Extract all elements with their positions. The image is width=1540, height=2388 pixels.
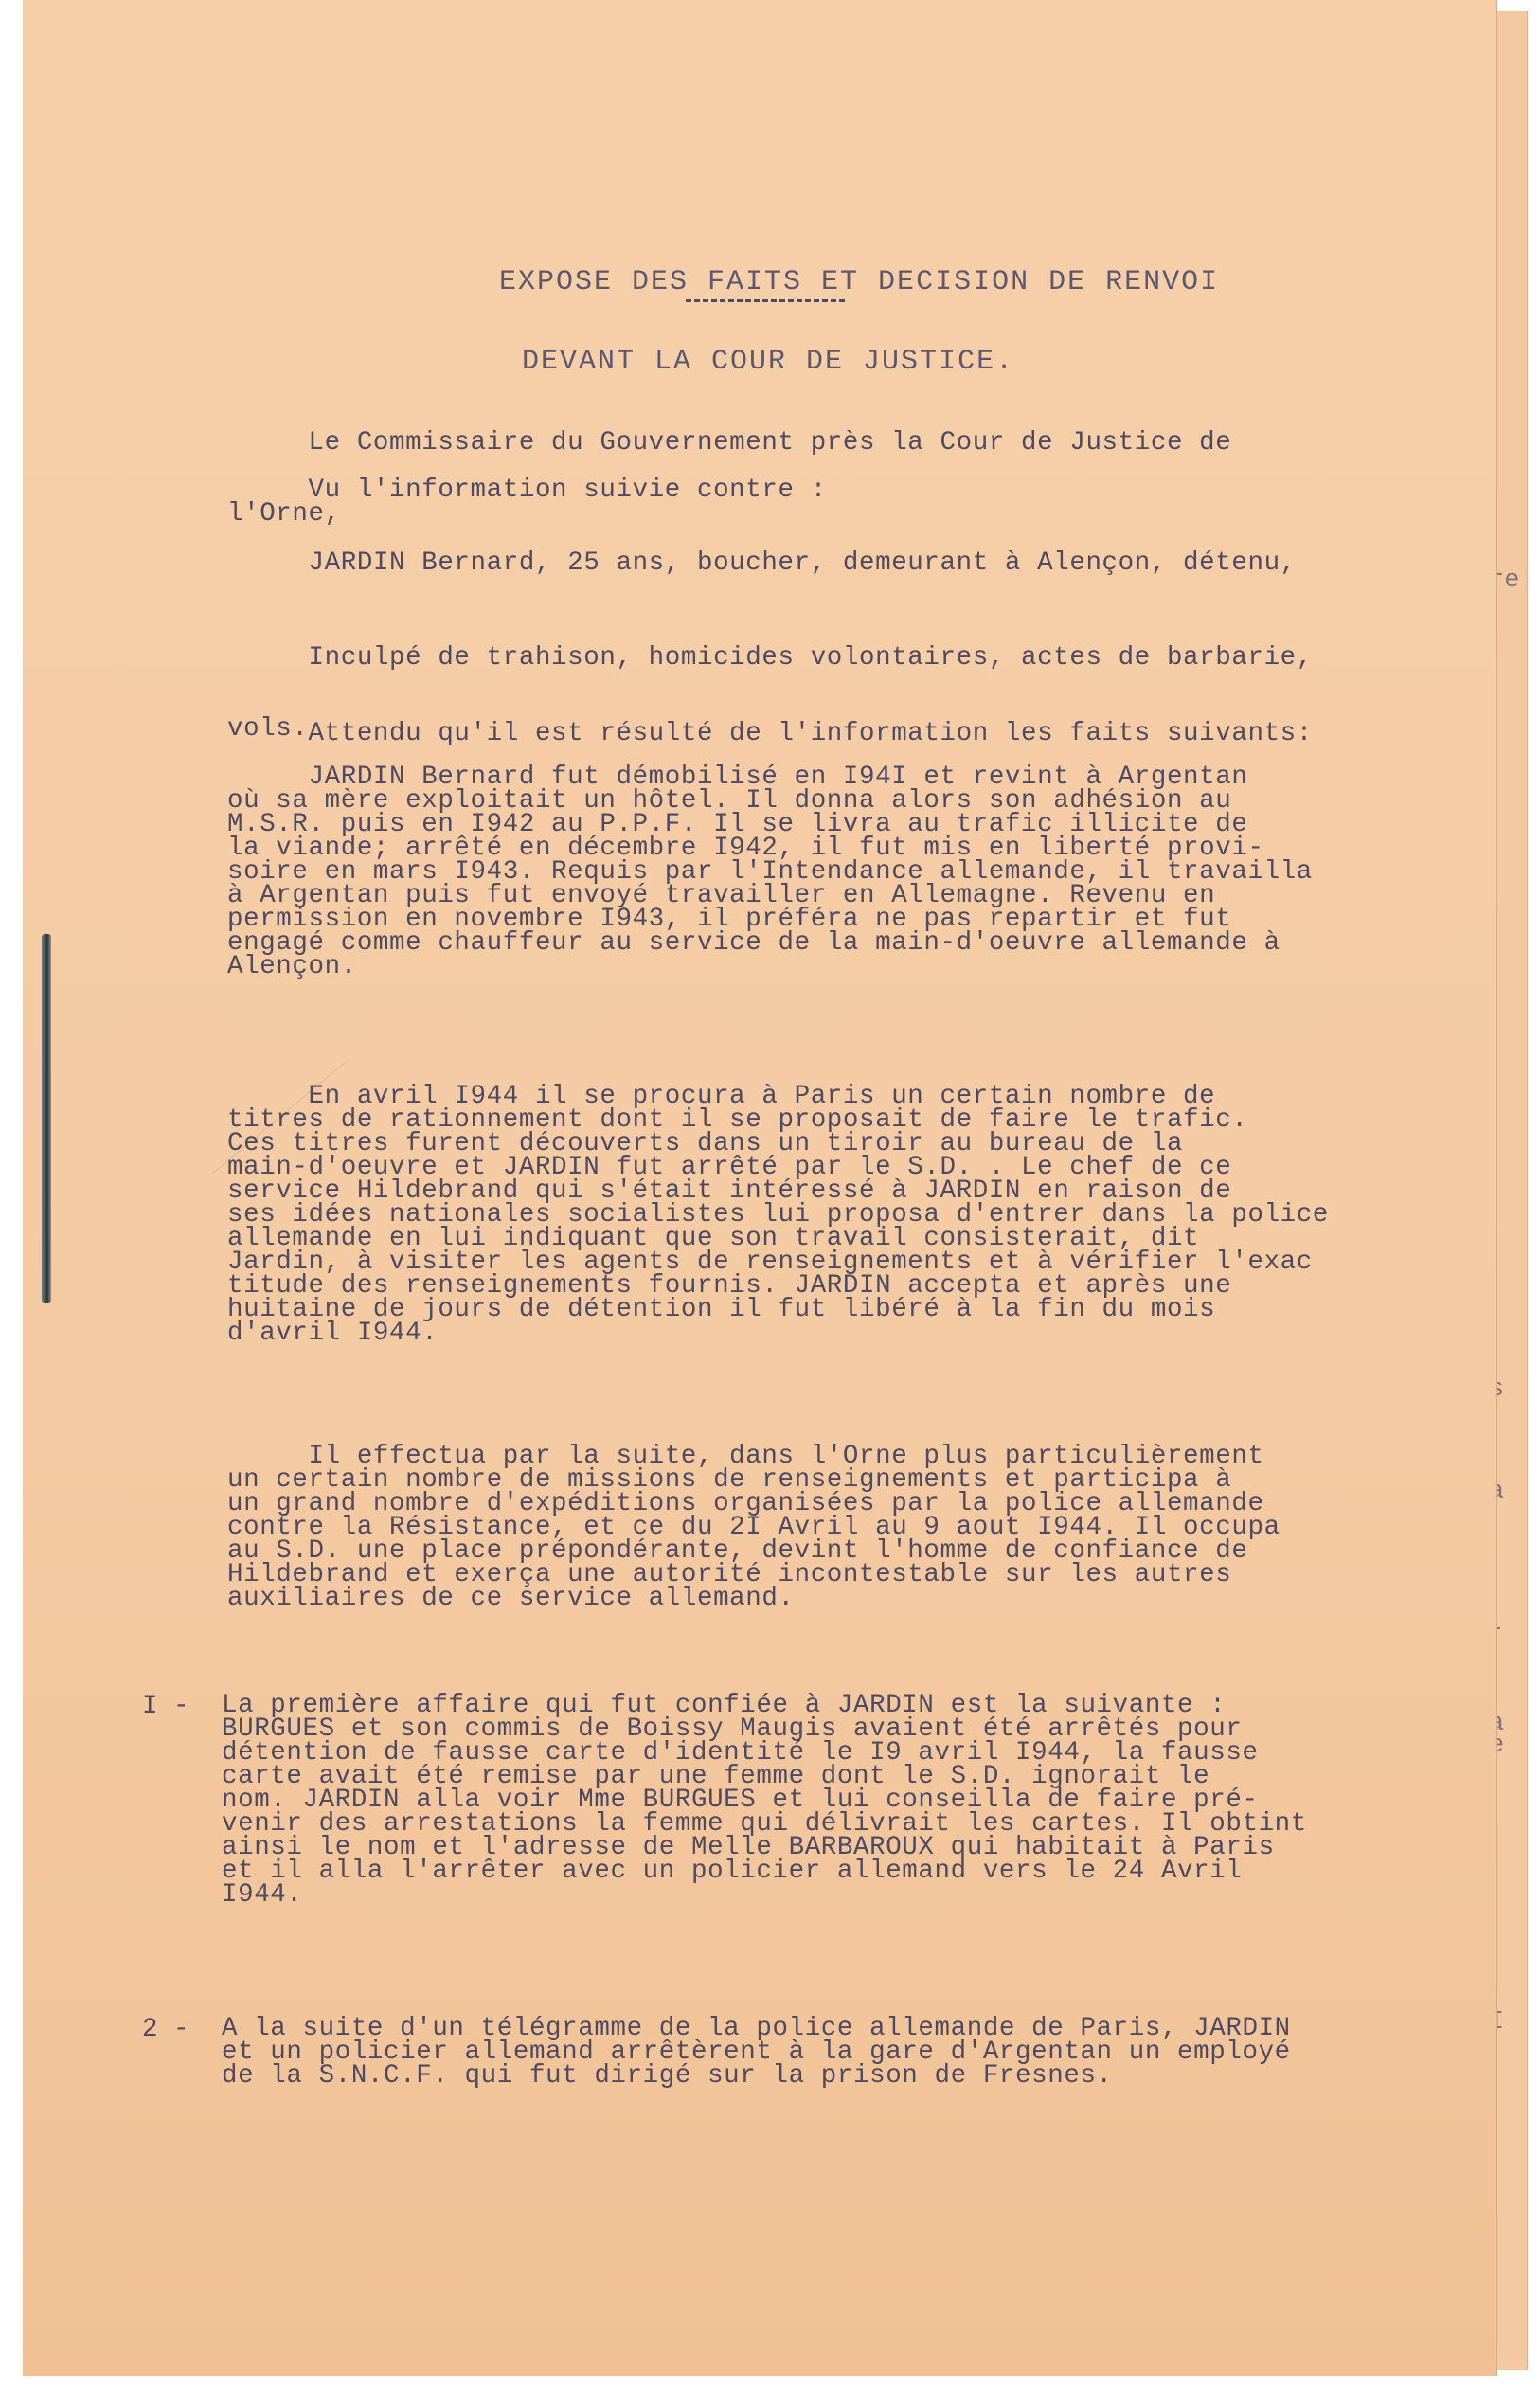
text-line: l'Orne, <box>227 502 1231 526</box>
text-line: Le Commissaire du Gouvernement près la C… <box>227 431 1231 455</box>
text-line: et il alla l'arrêter avec un policier al… <box>222 1859 1307 1883</box>
text-line: d'avril I944. <box>227 1321 1329 1345</box>
paragraph-missions: Il effectua par la suite, dans l'Orne pl… <box>227 1445 1280 1610</box>
item-1-text: La première affaire qui fut confiée à JA… <box>222 1694 1307 1907</box>
item-2-number: 2 - <box>142 2015 189 2044</box>
text-line: Alençon. <box>227 955 1313 979</box>
text-line: engagé comme chauffeur au service de la … <box>227 931 1313 955</box>
paragraph-demobilisation: JARDIN Bernard fut démobilisé en I94I et… <box>227 765 1313 979</box>
item-2-text: A la suite d'un télégramme de la police … <box>222 2017 1291 2088</box>
text-line: Inculpé de trahison, homicides volontair… <box>227 646 1313 670</box>
vu-line: Vu l'information suivie contre : <box>227 478 827 502</box>
charges-paragraph: Inculpé de trahison, homicides volontair… <box>227 599 1313 788</box>
attendu-line: Attendu qu'il est résulté de l'informati… <box>227 722 1313 745</box>
text-line: I944. <box>222 1883 1307 1907</box>
accused-line: JARDIN Bernard, 25 ans, boucher, demeura… <box>227 551 1297 575</box>
document-page: EXPOSE DES FAITS ET DECISION DE RENVOI D… <box>23 0 1496 2376</box>
title-line-1: EXPOSE DES FAITS ET DECISION DE RENVOI <box>499 269 1219 296</box>
text-line: auxiliaires de ce service allemand. <box>227 1587 1280 1610</box>
title-underline <box>686 299 845 302</box>
title-line-2: DEVANT LA COUR DE JUSTICE. <box>499 349 1219 375</box>
paragraph-april-1944: En avril I944 il se procura à Paris un c… <box>227 1085 1329 1345</box>
binding-strip <box>42 934 51 1303</box>
item-1-number: I - <box>142 1692 189 1721</box>
text-line: de la S.N.C.F. qui fut dirigé sur la pri… <box>222 2064 1291 2088</box>
